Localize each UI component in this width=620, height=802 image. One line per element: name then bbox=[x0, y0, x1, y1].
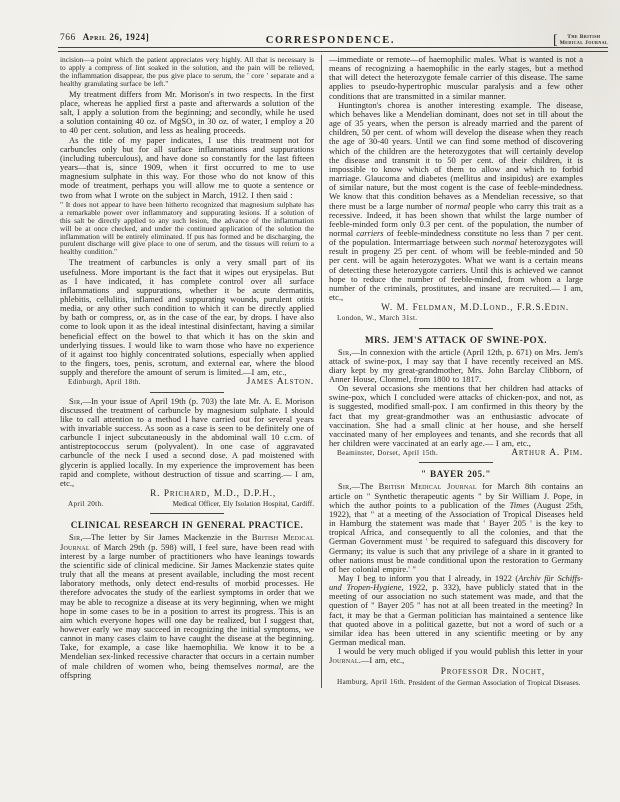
column-divider-rule bbox=[321, 55, 322, 688]
quoted-passage-1912: " It does not appear to have been hither… bbox=[60, 201, 314, 257]
left-column: incision—a point which the patient appre… bbox=[60, 55, 314, 688]
section-title: CORRESPONDENCE. bbox=[266, 35, 395, 46]
signature-office: Medical Officer, Ely Isolation Hospital,… bbox=[173, 500, 314, 508]
signature-place: Edinburgh, April 18th. bbox=[60, 378, 141, 387]
letter-paragraph: My treatment differs from Mr. Morison's … bbox=[60, 90, 314, 136]
header-double-rule bbox=[58, 47, 608, 52]
letter-heading-swine-pox: MRS. JEM'S ATTACK OF SWINE-POX. bbox=[329, 335, 583, 345]
signature-detail-row-feldman: London, W., March 31st. bbox=[329, 314, 583, 323]
letter-separator-rule bbox=[419, 462, 493, 463]
letter-separator-rule bbox=[419, 328, 493, 329]
letter-paragraph: Sir,—In your issue of April 19th (p. 703… bbox=[60, 397, 314, 489]
letter-paragraph: Sir,—The letter by Sir James Mackenzie i… bbox=[60, 533, 314, 680]
issue-date: April 26, 1924] bbox=[83, 32, 150, 42]
letter-separator-rule bbox=[150, 513, 224, 514]
signature-place: Beaminster, Dorset, April 15th. bbox=[329, 449, 438, 458]
signature-name: Professor Dr. Nocht, bbox=[441, 667, 545, 677]
letter-separator-rule bbox=[150, 392, 224, 393]
signature-place: Hamburg, April 16th. bbox=[329, 678, 406, 687]
signature-name: R. Prichard, M.D., D.P.H., bbox=[150, 489, 276, 499]
letter-paragraph: The treatment of carbuncles is only a ve… bbox=[60, 258, 314, 377]
signature-place: London, W., March 31st. bbox=[329, 314, 417, 323]
signature-name: Arthur A. Pim. bbox=[511, 449, 583, 458]
signature-name: James Alston. bbox=[247, 378, 314, 387]
page-number: 766 bbox=[60, 33, 76, 43]
letter-paragraph: Sir,—In connexion with the article (Apri… bbox=[329, 348, 583, 385]
signature-row-prichard: R. Prichard, M.D., D.P.H., bbox=[60, 489, 314, 499]
page-header: 766April 26, 1924] CORRESPONDENCE. [ The… bbox=[58, 28, 608, 47]
two-column-body: incision—a point which the patient appre… bbox=[60, 55, 584, 688]
signature-row-nocht: Professor Dr. Nocht, bbox=[329, 667, 583, 677]
signature-date: April 20th. bbox=[60, 500, 103, 509]
letter-heading-clinical-research: CLINICAL RESEARCH IN GENERAL PRACTICE. bbox=[60, 520, 314, 530]
letter-paragraph-continuation: —immediate or remote—of haemophilic male… bbox=[329, 55, 583, 101]
journal-page: 766April 26, 1924] CORRESPONDENCE. [ The… bbox=[0, 0, 620, 802]
right-column: —immediate or remote—of haemophilic male… bbox=[329, 55, 583, 688]
signature-row-feldman: W. M. Feldman, M.D.Lond., F.R.S.Edin. bbox=[329, 303, 583, 313]
signature-detail-row-nocht: Hamburg, April 16th. President of the Ge… bbox=[329, 678, 583, 687]
letter-paragraph: May I beg to inform you that I already, … bbox=[329, 574, 583, 647]
signature-detail-row-prichard: April 20th. Medical Officer, Ely Isolati… bbox=[60, 500, 314, 509]
letter-paragraph: Sir,—The British Medical Journal for Mar… bbox=[329, 482, 583, 574]
signature-name: W. M. Feldman, M.D.Lond., F.R.S.Edin. bbox=[381, 303, 569, 313]
quoted-passage-continuation: incision—a point which the patient appre… bbox=[60, 56, 314, 88]
page-number-and-date: 766April 26, 1924] bbox=[60, 27, 149, 45]
letter-paragraph: On several occasions she mentions that h… bbox=[329, 384, 583, 448]
signature-row-pim: Beaminster, Dorset, April 15th. Arthur A… bbox=[329, 449, 583, 458]
signature-row-alston: Edinburgh, April 18th. James Alston. bbox=[60, 378, 314, 387]
letter-paragraph: Huntington's chorea is another interesti… bbox=[329, 101, 583, 302]
signature-office: President of the German Association of T… bbox=[406, 679, 583, 687]
letter-paragraph: I would be very much obliged if you woul… bbox=[329, 647, 583, 665]
journal-name: The British Medical Journal bbox=[560, 35, 608, 47]
journal-name-block: [ The British Medical Journal bbox=[553, 35, 608, 47]
letter-heading-bayer-205: " BAYER 205." bbox=[329, 469, 583, 479]
bracket-glyph: [ bbox=[553, 36, 558, 46]
letter-paragraph: As the title of my paper indicates, I us… bbox=[60, 136, 314, 200]
